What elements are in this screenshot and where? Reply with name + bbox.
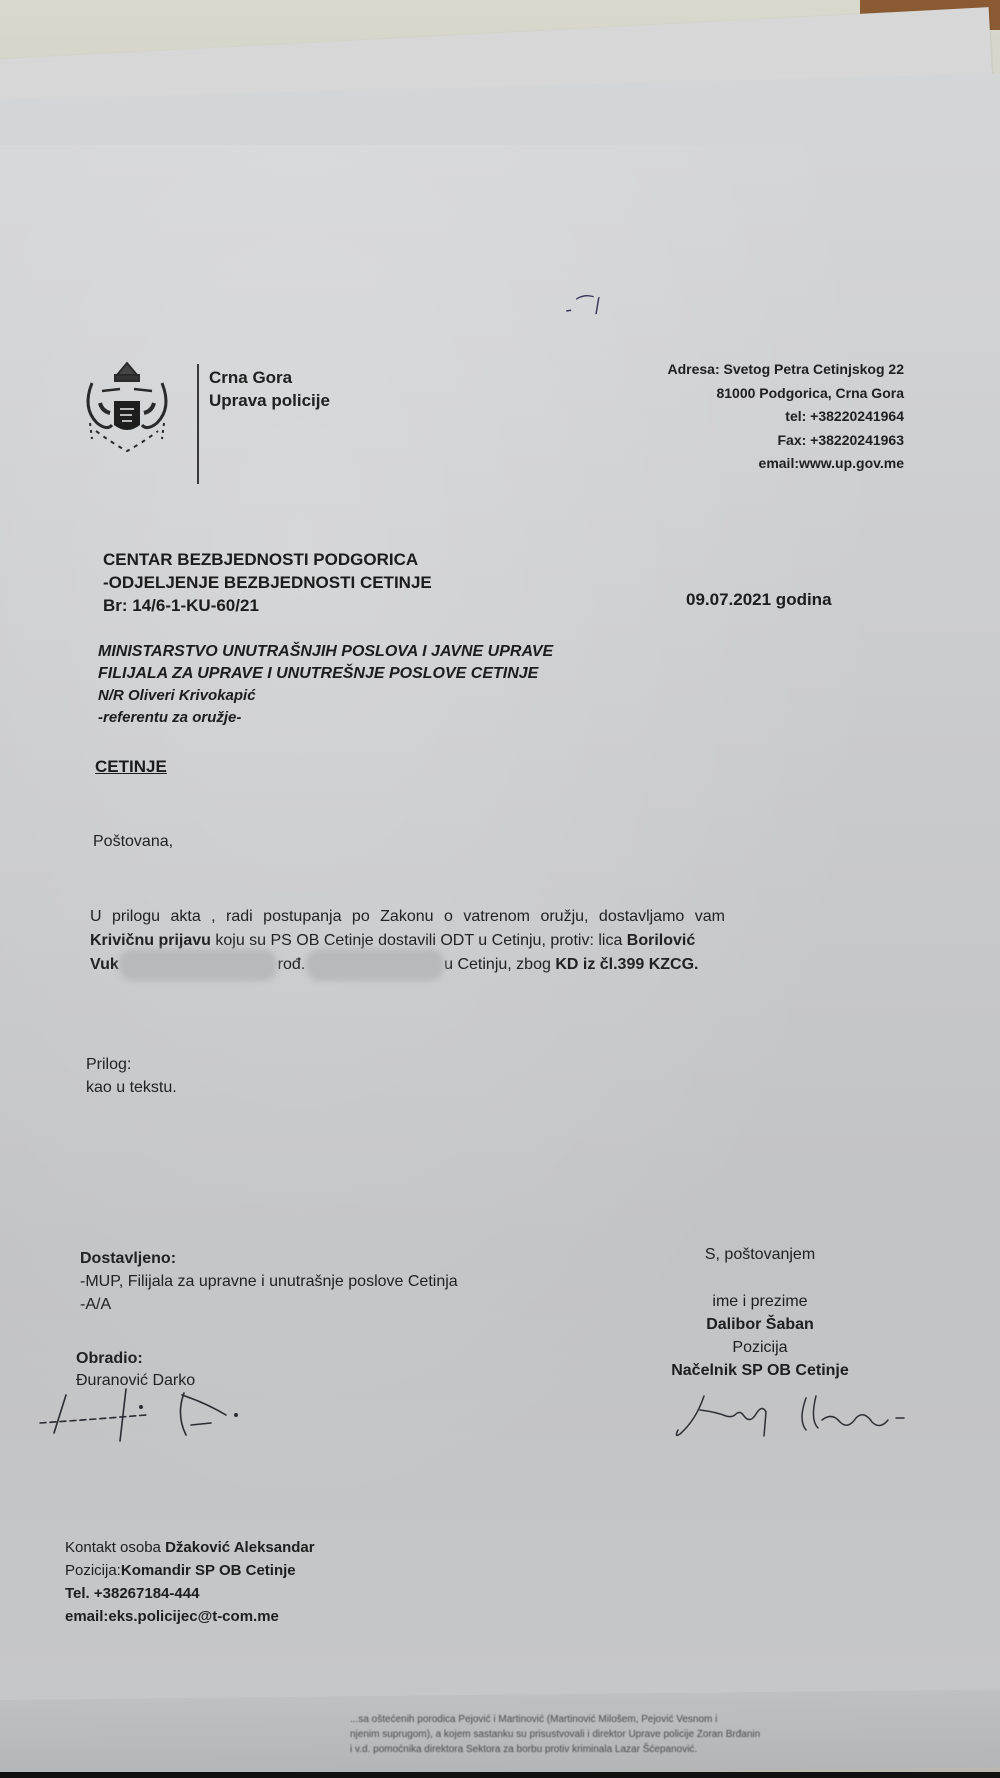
- suspect-surname: Borilović: [627, 932, 695, 949]
- body-line: Vuk rođ. u Cetinju, zbog KD iz čl.399 KZ…: [90, 953, 886, 977]
- suspect-name: Vuk: [90, 956, 119, 973]
- distribution-list: Dostavljeno: -MUP, Filijala za upravne i…: [80, 1247, 458, 1316]
- document-date: 09.07.2021 godina: [686, 590, 832, 610]
- position-label: Pozicija: [640, 1336, 880, 1359]
- contact-phone: Tel. +38267184-444: [65, 1582, 315, 1605]
- recipient-attention: N/R Oliveri Krivokapić: [98, 685, 553, 707]
- email-address: email:www.up.gov.me: [667, 452, 904, 476]
- attachment-value: kao u tekstu.: [86, 1076, 177, 1099]
- distribution-item: -A/A: [80, 1293, 458, 1316]
- closing-regards: S, poštovanjem: [655, 1243, 865, 1266]
- distribution-item: -MUP, Filijala za upravne i unutrašnje p…: [80, 1270, 458, 1293]
- signatory-name: Dalibor Šaban: [640, 1313, 880, 1336]
- sender-block: CENTAR BEZBJEDNOSTI PODGORICA -ODJELJENJ…: [103, 548, 432, 617]
- body-line: Krivičnu prijavu koju su PS OB Cetinje d…: [90, 929, 886, 953]
- body-line: U prilogu akta , radi postupanja po Zako…: [90, 905, 886, 929]
- fax-number: Fax: +38220241963: [667, 429, 904, 453]
- recipient-ministry: MINISTARSTVO UNUTRAŠNJIH POSLOVA I JAVNE…: [98, 641, 553, 663]
- redacted-field: [123, 953, 273, 977]
- signature-icon: [666, 1390, 926, 1445]
- reference-number: Br: 14/6-1-KU-60/21: [103, 594, 432, 617]
- signatory-block: ime i prezime Dalibor Šaban Pozicija Nač…: [640, 1290, 880, 1382]
- sender-center: CENTAR BEZBJEDNOSTI PODGORICA: [103, 548, 432, 571]
- contact-person-line: Kontakt osoba Džaković Aleksandar: [65, 1536, 315, 1559]
- letter-body: U prilogu akta , radi postupanja po Zako…: [90, 905, 886, 977]
- contact-block: Kontakt osoba Džaković Aleksandar Pozici…: [65, 1536, 315, 1628]
- letterhead-divider: [197, 364, 199, 484]
- signature-icon: [36, 1385, 256, 1445]
- handwritten-mark: - ⁀/: [564, 293, 603, 322]
- recipient-block: MINISTARSTVO UNUTRAŠNJIH POSLOVA I JAVNE…: [98, 641, 553, 729]
- phone-number: tel: +38220241964: [667, 405, 904, 429]
- name-label: ime i prezime: [640, 1290, 880, 1313]
- contact-email: email:eks.policijec@t-com.me: [65, 1605, 315, 1628]
- address-city: 81000 Podgorica, Crna Gora: [667, 382, 904, 406]
- attachment-note: Prilog: kao u tekstu.: [86, 1053, 177, 1099]
- agency-name: Uprava policije: [209, 389, 330, 412]
- processed-label: Obradio:: [76, 1348, 195, 1370]
- contact-position-line: Pozicija:Komandir SP OB Cetinje: [65, 1559, 315, 1582]
- salutation: Poštovana,: [93, 833, 173, 851]
- photo-edge: [0, 1772, 1000, 1778]
- coat-of-arms-icon: [72, 353, 182, 463]
- signatory-position: Načelnik SP OB Cetinje: [640, 1359, 880, 1382]
- recipient-role: -referentu za oružje-: [98, 707, 553, 729]
- recipient-branch: FILIJALA ZA UPRAVE I UNUTREŠNJE POSLOVE …: [98, 663, 553, 685]
- contact-position: Komandir SP OB Cetinje: [121, 1562, 296, 1579]
- recipient-city: CETINJE: [95, 757, 167, 777]
- redacted-field: [310, 953, 440, 977]
- attachment-label: Prilog:: [86, 1053, 177, 1076]
- sender-department: -ODJELJENJE BEZBJEDNOSTI CETINJE: [103, 571, 432, 594]
- underlying-page-text: ...sa oštećenih porodica Pejović i Marti…: [350, 1712, 910, 1757]
- address-line: Adresa: Svetog Petra Cetinjskog 22: [667, 358, 904, 382]
- letterhead-organization: Crna Gora Uprava policije: [209, 366, 330, 412]
- letterhead-address: Adresa: Svetog Petra Cetinjskog 22 81000…: [667, 358, 904, 476]
- contact-person: Džaković Aleksandar: [165, 1539, 315, 1556]
- distribution-label: Dostavljeno:: [80, 1247, 458, 1270]
- country-name: Crna Gora: [209, 366, 330, 389]
